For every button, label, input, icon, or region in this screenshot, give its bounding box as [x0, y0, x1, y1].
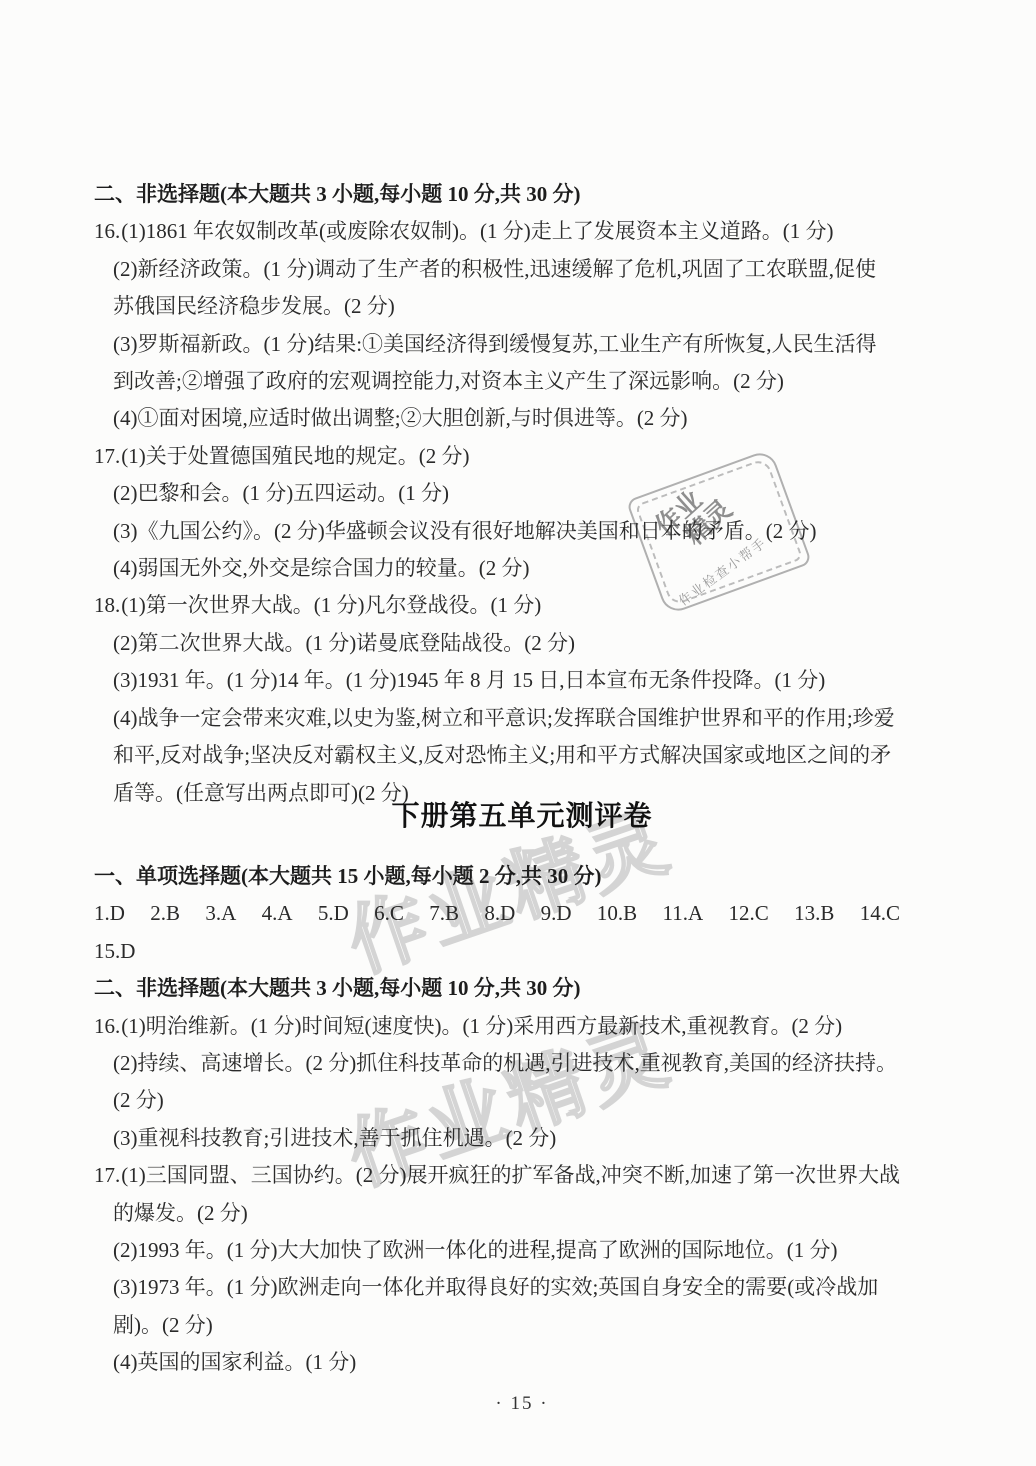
- answer-text: (1)明治维新。(1 分)时间短(速度快)。(1 分)采用西方最新技术,重视教育…: [121, 1014, 842, 1038]
- answer-line: 剧)。(2 分): [94, 1307, 950, 1344]
- section-header: 二、非选择题(本大题共 3 小题,每小题 10 分,共 30 分): [94, 970, 950, 1007]
- section-note: (本大题共 3 小题,每小题 10 分,共 30 分): [220, 976, 581, 1000]
- answer-line: (3)1931 年。(1 分)14 年。(1 分)1945 年 8 月 15 日…: [94, 662, 950, 699]
- answer-line: 18.(1)第一次世界大战。(1 分)凡尔登战役。(1 分): [94, 587, 950, 624]
- answer-sheet-page: 作业精灵 作业精灵 作业 精灵 作业检查小帮手 二、非选择题(本大题共 3 小题…: [0, 0, 1036, 1466]
- answer-text: (1)三国同盟、三国协约。(2 分)展开疯狂的扩军备战,冲突不断,加速了第一次世…: [121, 1163, 900, 1187]
- question-number: 17.: [94, 444, 121, 468]
- section-label: 二、非选择题: [94, 183, 220, 206]
- answer-line: (3)罗斯福新政。(1 分)结果:①美国经济得到缓慢复苏,工业生产有所恢复,人民…: [94, 326, 950, 363]
- answer-item: 3.A: [205, 895, 236, 932]
- answer-item: 8.D: [484, 895, 515, 932]
- answer-item: 7.B: [429, 895, 459, 932]
- mcq-answers-row: 15.D: [94, 933, 950, 970]
- answer-item: 5.D: [318, 895, 349, 932]
- answer-line: (2)巴黎和会。(1 分)五四运动。(1 分): [94, 475, 950, 512]
- answer-line: 和平,反对战争;坚决反对霸权主义,反对恐怖主义;用和平方式解决国家或地区之间的矛: [94, 737, 950, 774]
- answer-line: (3)1973 年。(1 分)欧洲走向一体化并取得良好的实效;英国自身安全的需要…: [94, 1269, 950, 1306]
- page-content: 二、非选择题(本大题共 3 小题,每小题 10 分,共 30 分) 16.(1)…: [94, 176, 950, 1416]
- answer-line: 17.(1)三国同盟、三国协约。(2 分)展开疯狂的扩军备战,冲突不断,加速了第…: [94, 1157, 950, 1194]
- answer-line: (2)持续、高速增长。(2 分)抓住科技革命的机遇,引进技术,重视教育,美国的经…: [94, 1045, 950, 1082]
- answer-line: (4)弱国无外交,外交是综合国力的较量。(2 分): [94, 550, 950, 587]
- question-number: 16.: [94, 1014, 121, 1038]
- section-header: 二、非选择题(本大题共 3 小题,每小题 10 分,共 30 分): [94, 176, 950, 213]
- answer-item: 11.A: [663, 895, 704, 932]
- section-note: (本大题共 3 小题,每小题 10 分,共 30 分): [220, 182, 581, 206]
- answer-line: (3)《九国公约》。(2 分)华盛顿会议没有很好地解决美国和日本的矛盾。(2 分…: [94, 513, 950, 550]
- answer-line: (3)重视科技教育;引进技术,善于抓住机遇。(2 分): [94, 1120, 950, 1157]
- section-note: (本大题共 15 小题,每小题 2 分,共 30 分): [241, 864, 602, 888]
- answer-line: 苏俄国民经济稳步发展。(2 分): [94, 288, 950, 325]
- section-label: 二、非选择题: [94, 977, 220, 1000]
- question-number: 16.: [94, 219, 121, 243]
- answer-line: 17.(1)关于处置德国殖民地的规定。(2 分): [94, 438, 950, 475]
- answer-line: (2)新经济政策。(1 分)调动了生产者的积极性,迅速缓解了危机,巩固了工农联盟…: [94, 251, 950, 288]
- answer-item: 9.D: [541, 895, 572, 932]
- section-label: 一、单项选择题: [94, 865, 241, 888]
- answer-text: (1)1861 年农奴制改革(或废除农奴制)。(1 分)走上了发展资本主义道路。…: [121, 219, 833, 243]
- page-number: · 15 ·: [94, 1392, 950, 1416]
- answer-item: 12.C: [729, 895, 769, 932]
- answer-item: 14.C: [860, 895, 900, 932]
- answer-text: (1)关于处置德国殖民地的规定。(2 分): [121, 444, 469, 468]
- question-number: 18.: [94, 593, 121, 617]
- mcq-answers-row: 1.D 2.B 3.A 4.A 5.D 6.C 7.B 8.D 9.D 10.B…: [94, 895, 900, 932]
- answer-line: (4)英国的国家利益。(1 分): [94, 1344, 950, 1381]
- answer-line: 到改善;②增强了政府的宏观调控能力,对资本主义产生了深远影响。(2 分): [94, 363, 950, 400]
- section-header: 一、单项选择题(本大题共 15 小题,每小题 2 分,共 30 分): [94, 858, 950, 895]
- answer-item: 6.C: [374, 895, 404, 932]
- answer-line: 16.(1)明治维新。(1 分)时间短(速度快)。(1 分)采用西方最新技术,重…: [94, 1008, 950, 1045]
- answer-item: 4.A: [262, 895, 293, 932]
- answer-line: (4)①面对困境,应适时做出调整;②大胆创新,与时俱进等。(2 分): [94, 400, 950, 437]
- answer-item: 13.B: [794, 895, 834, 932]
- answer-item: 10.B: [597, 895, 637, 932]
- question-number: 17.: [94, 1163, 121, 1187]
- answer-line: (2 分): [94, 1082, 950, 1119]
- answer-line: (2)1993 年。(1 分)大大加快了欧洲一体化的进程,提高了欧洲的国际地位。…: [94, 1232, 950, 1269]
- answer-line: (2)第二次世界大战。(1 分)诺曼底登陆战役。(2 分): [94, 625, 950, 662]
- answer-item: 2.B: [150, 895, 180, 932]
- answer-text: (1)第一次世界大战。(1 分)凡尔登战役。(1 分): [121, 593, 541, 617]
- answer-line: (4)战争一定会带来灾难,以史为鉴,树立和平意识;发挥联合国维护世界和平的作用;…: [94, 700, 950, 737]
- answer-item: 1.D: [94, 895, 125, 932]
- answer-line: 的爆发。(2 分): [94, 1195, 950, 1232]
- answer-line: 16.(1)1861 年农奴制改革(或废除农奴制)。(1 分)走上了发展资本主义…: [94, 213, 950, 250]
